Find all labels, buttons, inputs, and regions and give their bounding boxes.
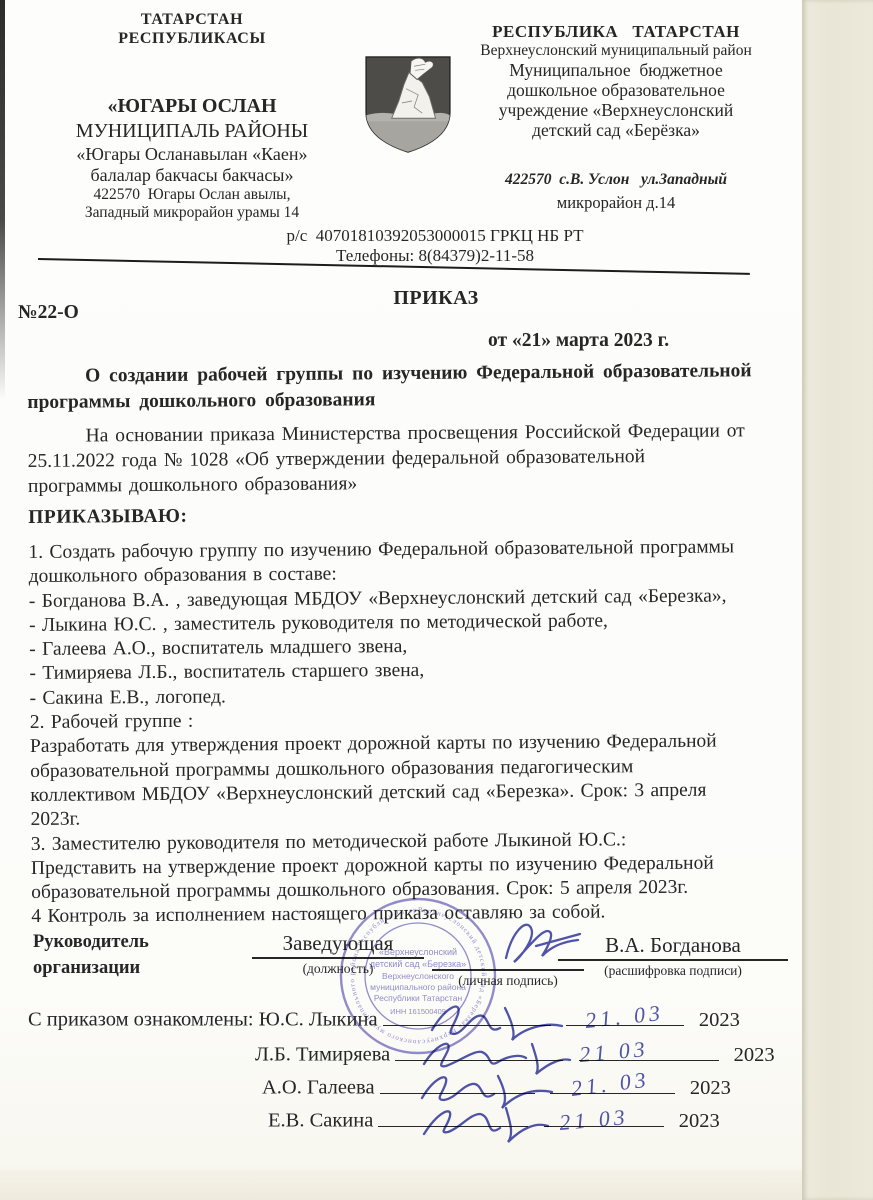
order-basis: На основании приказа Министерства просве…	[27, 418, 800, 499]
letterhead-right-line: детский сад «Берёзка»	[440, 120, 792, 140]
letterhead-right-address: микрорайон д.14	[440, 193, 792, 213]
scanner-background-right	[802, 0, 873, 1200]
signer-name-caption: (расшифровка подписи)	[558, 963, 788, 979]
signer-role: Руководитель организации	[33, 929, 149, 981]
acknowledgment-row: Е.В. Сакина 2023	[268, 1105, 720, 1133]
acknowledgment-row: А.О. Галеева 2023	[262, 1072, 731, 1100]
acknowledged-name: Е.В. Сакина	[268, 1110, 373, 1132]
order-date: от «21» марта 2023 г.	[488, 330, 669, 352]
signer-name-value: В.А. Богданова	[558, 933, 788, 961]
bank-account-line: р/с 40701810392053000015 ГРКЦ НБ РТ	[65, 226, 805, 246]
signer-name: В.А. Богданова (расшифровка подписи)	[558, 933, 788, 979]
acknowledgment-row: С приказом ознакомлены: Ю.С. Лыкина 2023	[28, 1004, 740, 1032]
order-title: ПРИКАЗ	[6, 287, 866, 310]
basis-line: программы дошкольного образования»	[28, 468, 800, 499]
signature-line	[378, 1105, 528, 1127]
scan-left-edge	[0, 0, 5, 400]
letterhead-left-line: Западный микрорайон урамы 14	[26, 204, 358, 222]
order-subject: О создании рабочей группы по изучению Фе…	[27, 358, 799, 416]
acknowledgment-year: 2023	[699, 1009, 740, 1031]
order-body: О создании рабочей группы по изучению Фе…	[27, 358, 803, 930]
acknowledgment-intro: С приказом ознакомлены:	[28, 1009, 259, 1031]
order-number: №22-О	[18, 302, 79, 324]
order-items: 1. Создать рабочую группу по изучению Фе…	[28, 535, 803, 930]
letterhead-left-line: 422570 Югары Ослан авылы,	[26, 186, 358, 204]
letterhead-right: РЕСПУБЛИКА ТАТАРСТАН Верхнеуслонский мун…	[440, 22, 792, 213]
signer-role-line: организации	[33, 955, 149, 981]
letterhead-right-line: Верхнеуслонский муниципальный район	[440, 42, 792, 60]
acknowledged-name: Ю.С. Лыкина	[259, 1009, 378, 1031]
signer-position: Заведующая (должность)	[252, 931, 424, 977]
signature-line	[380, 1072, 535, 1094]
acknowledged-name: А.О. Галеева	[262, 1077, 375, 1099]
letterhead-left-line: ТАТАРСТАН	[26, 10, 358, 29]
subject-line: программы дошкольного образования	[27, 384, 799, 416]
signer-position-value: Заведующая	[252, 931, 424, 959]
letterhead-right-line: дошкольное образовательное	[440, 80, 792, 100]
date-line	[566, 1004, 684, 1026]
scanner-background-bottom	[0, 1170, 803, 1200]
letterhead-left-line: МУНИЦИПАЛЬ РАЙОНЫ	[26, 118, 358, 144]
acknowledged-name: Л.Б. Тимиряева	[255, 1044, 390, 1066]
decree-label: ПРИКАЗЫВАЮ:	[28, 499, 800, 531]
signature-line	[395, 1039, 563, 1061]
signer-role-line: Руководитель	[33, 929, 149, 955]
letterhead-right-line: РЕСПУБЛИКА ТАТАРСТАН	[440, 22, 792, 42]
letterhead-left: ТАТАРСТАН РЕСПУБЛИКАСЫ «ЮГАРЫ ОСЛАН МУНИ…	[26, 10, 358, 222]
letterhead-left-line: «Югары Осланавылан «Каен»	[26, 144, 358, 165]
order-item-line: 4 Контроль за исполнением настоящего при…	[31, 899, 803, 929]
letterhead-left-line: «ЮГАРЫ ОСЛАН	[26, 94, 358, 118]
letterhead-right-address: 422570 с.В. Услон ул.Западный	[440, 171, 792, 189]
letterhead-right-line: учреждение «Верхнеуслонский	[440, 100, 792, 120]
signer-position-caption: (должность)	[252, 961, 424, 977]
letterhead-right-line: Муниципальное бюджетное	[440, 60, 792, 80]
signature-line	[383, 1004, 551, 1026]
scanned-order-document: ТАТАРСТАН РЕСПУБЛИКАСЫ «ЮГАРЫ ОСЛАН МУНИ…	[0, 0, 873, 1200]
date-line	[544, 1105, 664, 1127]
acknowledgment-year: 2023	[734, 1044, 775, 1066]
acknowledgment-year: 2023	[690, 1077, 731, 1099]
bank-phone-line: Телефоны: 8(84379)2-11-58	[65, 246, 805, 266]
acknowledgment-row: Л.Б. Тимиряева 2023	[255, 1039, 775, 1067]
stamp-center-line: Республики Татарстан	[374, 993, 463, 1003]
date-line	[579, 1039, 719, 1061]
date-line	[550, 1072, 675, 1094]
acknowledgment-year: 2023	[679, 1110, 720, 1132]
letterhead-left-line: балалар бакчасы бакчасы»	[26, 165, 358, 186]
letterhead-left-line: РЕСПУБЛИКАСЫ	[26, 29, 358, 48]
